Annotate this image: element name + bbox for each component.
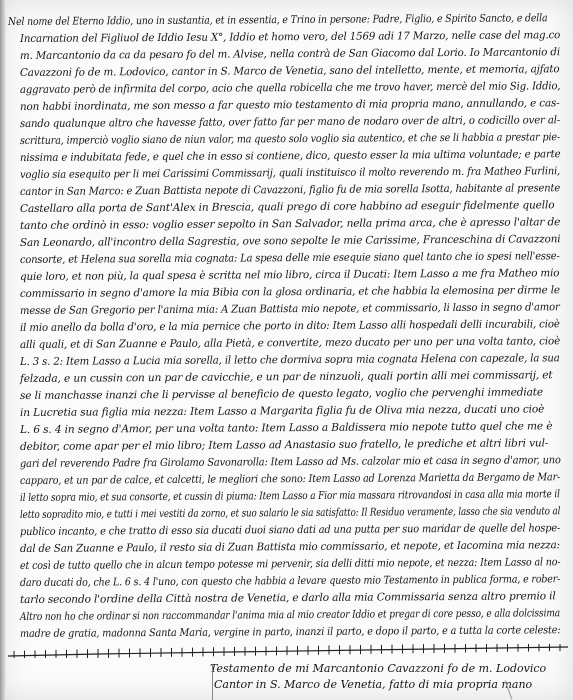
manuscript-line: consorte, et Helena sua sorella mia cogn… (20, 250, 560, 266)
manuscript-line: aggravato però de infirmita del corpo, a… (20, 80, 561, 96)
signature-line-1: Testamento de mi Marcantonio Cavazzoni f… (210, 662, 546, 675)
page-edge (0, 0, 6, 700)
manuscript-line: L. 3 s. 2: Item Lasso a Lucia mia sorell… (20, 352, 560, 368)
manuscript-page: Nel nome del Eterno Iddio, uno in sustan… (0, 0, 573, 700)
signature-line-2: Cantor in S. Marco de Venetia, fatto di … (214, 678, 532, 691)
manuscript-line: alli quali, et di San Zuanne e Paulo, al… (20, 335, 560, 351)
manuscript-line: se li manchasse inanzi che li pervisse a… (20, 386, 543, 402)
manuscript-line: Altro non ho che ordinar si non raccomma… (20, 607, 560, 623)
manuscript-line: tanto che ordinò in esso: voglio esser s… (20, 216, 560, 232)
manuscript-line: sando qualunque altro che havesse fatto,… (20, 114, 560, 130)
manuscript-line: felzada, e un cussin con un par de cavic… (20, 369, 553, 385)
manuscript-line: daro ducati do, che L. 6 s. 4 l'uno, con… (20, 573, 560, 589)
manuscript-line: nissima e indubitata fede, e quel che in… (20, 148, 561, 164)
manuscript-line: San Leonardo, all'incontro della Sagrest… (20, 233, 561, 249)
manuscript-line: tarlo secondo l'ordine della Città nostr… (20, 590, 556, 606)
manuscript-line: cantor in San Marco: e Zuan Battista nep… (20, 182, 560, 198)
closing-cross-rule (8, 644, 568, 658)
fold-mark (212, 665, 213, 700)
manuscript-line: debitor, come apar per el mio libro; Ite… (20, 437, 548, 453)
manuscript-line: L. 6 s. 4 in segno d'Amor, per una volta… (20, 420, 552, 436)
manuscript-line: il mio anello da bolla d'oro, e la mia p… (20, 318, 560, 334)
manuscript-line: dal de San Zuanne e Paulo, il resto sia … (20, 539, 560, 555)
manuscript-line: voglio sia esequito per li mei Carissimi… (20, 165, 560, 181)
manuscript-line: in Lucretia sua figlia mia nezza: Item L… (20, 403, 544, 419)
manuscript-line: commissario in segno d'amore la mia Bibi… (20, 284, 560, 300)
manuscript-line: m. Marcantonio da ca da pesaro fo del m.… (20, 46, 560, 62)
manuscript-line: publico incanto, e che tratto di esso si… (20, 522, 560, 538)
manuscript-line: capparo, et un par de calce, et calcetti… (20, 471, 560, 487)
manuscript-line: messe de San Gregorio per l'anima mia: A… (20, 301, 560, 317)
manuscript-line: Nel nome del Eterno Iddio, uno in sustan… (8, 12, 548, 28)
manuscript-line: gari del reverendo Padre fra Girolamo Sa… (20, 454, 561, 470)
manuscript-line: scrittura, imperciò voglio siano de niun… (20, 131, 560, 147)
manuscript-line: et così de tutto quello che in alcun tem… (20, 556, 561, 572)
manuscript-line: Castellaro alla porta de Sant'Alex in Br… (20, 199, 555, 215)
manuscript-line: letto sopradito mio, e tutti i mei vesti… (20, 505, 560, 521)
manuscript-line: madre de gratia, madonna Santa Maria, ve… (20, 624, 560, 640)
manuscript-line: Cavazzoni fo de m. Lodovico, cantor in S… (20, 63, 560, 79)
manuscript-line: non habbi inordinata, me son messo a far… (20, 97, 560, 113)
manuscript-line: quie loro, et non più, la qual spesa è s… (20, 267, 559, 283)
manuscript-line: il letto sopra mio, et sua consorte, et … (20, 488, 560, 504)
manuscript-line: Incarnation del Figliuol de Iddio Iesu X… (20, 29, 560, 45)
